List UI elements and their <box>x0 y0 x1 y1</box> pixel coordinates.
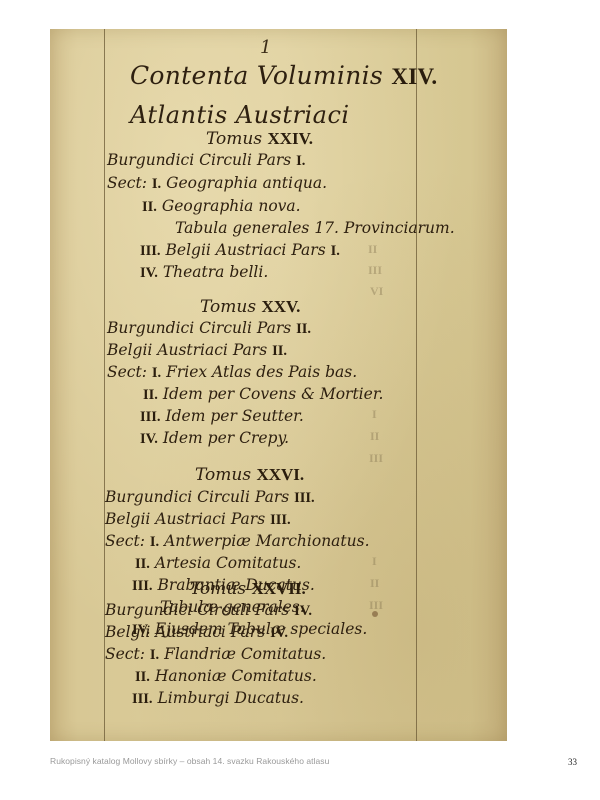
tomus-label: Tomus <box>195 465 251 485</box>
entry: II. Artesia Comitatus. <box>135 554 301 573</box>
tomus-numeral: XXVI. <box>256 465 304 484</box>
bleed-mark: II <box>368 242 377 257</box>
section-prefix: Sect: <box>107 363 147 381</box>
tomus-heading: Tomus XXVII. <box>190 579 306 599</box>
ink-spot <box>372 611 378 617</box>
section-number: II. <box>142 199 157 215</box>
entry-text: Belgii Austriaci Pars <box>107 341 267 359</box>
section-number: II. <box>135 556 150 572</box>
tomus-heading: Tomus XXV. <box>200 297 300 317</box>
entry-text: Antwerpiæ Marchionatus. <box>164 532 369 550</box>
entry-text: Limburgi Ducatus. <box>153 689 304 707</box>
entry-text: Belgii Austriaci Pars <box>166 241 326 259</box>
entry-text: Geographia antiqua. <box>166 174 327 192</box>
entry-text: Idem per Seutter. <box>166 407 304 425</box>
section-number: III. <box>140 409 161 425</box>
entry: Sect: I. Flandriæ Comitatus. <box>105 645 326 664</box>
section-number: III. <box>132 691 153 707</box>
entry-numeral: III. <box>294 490 315 506</box>
section-prefix: Sect: <box>105 532 145 550</box>
bleed-mark: III <box>368 263 382 278</box>
section-number: III. <box>140 243 161 259</box>
entry-numeral: I. <box>296 153 305 169</box>
manuscript-page: 1 Contenta Voluminis XIV. Atlantis Austr… <box>50 29 507 741</box>
entry-text: Burgundici Circuli Pars <box>107 151 291 169</box>
entry: Sect: I. Geographia antiqua. <box>107 174 327 193</box>
entry: Belgii Austriaci Pars III. <box>105 510 291 529</box>
atlas-title: Atlantis Austriaci <box>130 101 350 129</box>
entry-text: Tabula generales 17. Provinciarum. <box>175 219 455 237</box>
section-number: II. <box>135 669 150 685</box>
entry: III. Idem per Seutter. <box>140 407 304 426</box>
volume-title-numeral: XIV. <box>391 64 437 89</box>
bleed-mark: III <box>369 451 383 466</box>
entry: II. Hanoniæ Comitatus. <box>135 667 317 686</box>
entry: II. Idem per Covens & Mortier. <box>143 385 383 404</box>
entry: Burgundici Circuli Pars II. <box>107 319 311 338</box>
entry: Tabula generales 17. Provinciarum. <box>175 219 455 237</box>
tomus-numeral: XXV. <box>261 297 300 316</box>
bleed-mark: VI <box>370 284 383 299</box>
entry: Belgii Austriaci Pars II. <box>107 341 287 360</box>
tomus-label: Tomus <box>206 129 262 149</box>
entry-text: Flandriæ Comitatus. <box>164 645 326 663</box>
entry: IV. Theatra belli. <box>140 263 268 282</box>
entry-numeral: I. <box>331 243 340 259</box>
entry-numeral: III. <box>270 512 291 528</box>
section-number: II. <box>143 387 158 403</box>
entry: Belgii Austriaci Pars IV. <box>105 623 288 642</box>
entry: Burgundici Circuli Pars III. <box>105 488 315 507</box>
right-margin-rule <box>416 29 417 741</box>
entry: IV. Idem per Crepy. <box>140 429 289 448</box>
entry-text: Theatra belli. <box>163 263 268 281</box>
entry-text: Hanoniæ Comitatus. <box>150 667 317 685</box>
tomus-heading: Tomus XXVI. <box>195 465 304 485</box>
entry: II. Geographia nova. <box>142 197 301 216</box>
section-number: I. <box>150 647 159 663</box>
entry: III. Limburgi Ducatus. <box>132 689 304 708</box>
volume-title: Contenta Voluminis XIV. <box>130 61 437 90</box>
bleed-mark: II <box>370 576 379 591</box>
tomus-numeral: XXIV. <box>267 129 313 148</box>
entry-numeral: II. <box>272 343 287 359</box>
entry: Burgundici Circuli Pars I. <box>107 151 305 170</box>
entry-numeral: IV. <box>270 625 288 641</box>
entry: Sect: I. Friex Atlas des Pais bas. <box>107 363 357 382</box>
section-number: IV. <box>140 265 158 281</box>
volume-title-script: Contenta Voluminis <box>130 61 383 90</box>
entry: Burgundici Circuli Pars IV. <box>105 601 312 620</box>
entry: III. Belgii Austriaci Pars I. <box>140 241 340 260</box>
folio-number: 1 <box>260 37 271 58</box>
entry-text: Burgundici Circuli Pars <box>107 319 291 337</box>
entry-text: Belgii Austriaci Pars <box>105 510 265 528</box>
section-prefix: Sect: <box>105 645 145 663</box>
section-number: I. <box>150 534 159 550</box>
entry-text: Belgii Austriaci Pars <box>105 623 265 641</box>
entry-text: Idem per Covens & Mortier. <box>163 385 384 403</box>
bleed-mark: I <box>372 407 377 422</box>
tomus-label: Tomus <box>190 579 246 599</box>
section-number: III. <box>132 578 153 594</box>
page-number: 33 <box>568 757 577 767</box>
entry-text: Burgundici Circuli Pars <box>105 601 289 619</box>
entry-numeral: IV. <box>294 603 312 619</box>
entry-text: Friex Atlas des Pais bas. <box>166 363 357 381</box>
footer-caption: Rukopisný katalog Mollovy sbírky – obsah… <box>50 756 329 766</box>
entry: Sect: I. Antwerpiæ Marchionatus. <box>105 532 370 551</box>
entry-text: Artesia Comitatus. <box>155 554 302 572</box>
section-number: I. <box>152 365 161 381</box>
tomus-label: Tomus <box>200 297 256 317</box>
section-number: IV. <box>140 431 158 447</box>
entry-text: Burgundici Circuli Pars <box>105 488 289 506</box>
bleed-mark: I <box>372 554 377 569</box>
section-prefix: Sect: <box>107 174 147 192</box>
entry-text: Idem per Crepy. <box>163 429 289 447</box>
bleed-mark: II <box>370 429 379 444</box>
entry-numeral: II. <box>296 321 311 337</box>
tomus-numeral: XXVII. <box>251 579 305 598</box>
section-number: I. <box>152 176 161 192</box>
tomus-heading: Tomus XXIV. <box>206 129 313 149</box>
entry-text: Geographia nova. <box>162 197 301 215</box>
